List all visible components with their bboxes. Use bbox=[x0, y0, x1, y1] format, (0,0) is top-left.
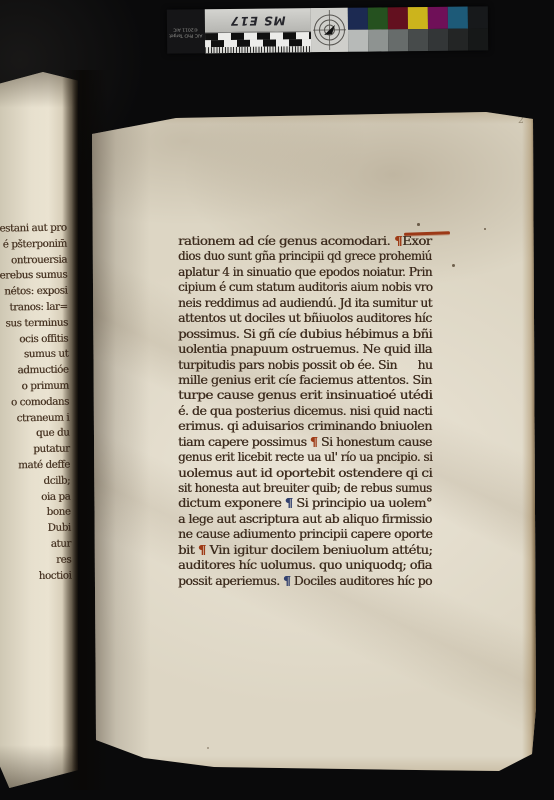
manuscript-photo-stage: AIC PhD Target ©2011 AIC MS E17 bbox=[0, 0, 554, 800]
calibration-target: AIC PhD Target ©2011 AIC MS E17 bbox=[167, 6, 488, 53]
manuscript-line: rationem ad cíe genus acomodari. ¶Exor bbox=[178, 230, 432, 245]
maker-line-1: AIC PhD Target bbox=[169, 31, 202, 37]
shelfmark-label: MS E17 bbox=[205, 8, 311, 33]
manuscript-line: tiam capere possimus ¶ Si honestum cause bbox=[178, 431, 432, 446]
color-patch bbox=[388, 7, 408, 29]
manuscript-line: possit aperiemus. ¶ Dociles auditores hí… bbox=[178, 570, 432, 585]
ink-spot bbox=[417, 223, 420, 226]
color-patch bbox=[448, 7, 468, 29]
color-patch bbox=[388, 29, 408, 51]
manuscript-line: bit ¶ Vin igitur docilem beniuolum attét… bbox=[178, 539, 432, 554]
paraph-mark: ¶ bbox=[310, 434, 317, 449]
color-patch bbox=[468, 28, 488, 50]
color-patch bbox=[348, 30, 368, 52]
color-patch bbox=[428, 29, 448, 51]
ink-spot bbox=[207, 747, 209, 749]
color-patch bbox=[368, 7, 388, 29]
color-patch bbox=[408, 7, 428, 29]
ruler bbox=[205, 32, 311, 53]
color-patch bbox=[448, 29, 468, 51]
color-patch bbox=[408, 29, 428, 51]
ruler-mm-ticks bbox=[205, 46, 311, 53]
paraph-mark: ¶ bbox=[390, 233, 402, 248]
focus-target-icon bbox=[311, 8, 348, 52]
text-block: rationem ad cíe genus acomodari. ¶Exordi… bbox=[178, 230, 432, 585]
ink-spot bbox=[452, 264, 455, 267]
calibration-ruler-block: MS E17 bbox=[205, 8, 311, 53]
color-patch bbox=[428, 7, 448, 29]
paraph-mark: ¶ bbox=[198, 542, 206, 557]
color-patch bbox=[348, 8, 368, 30]
maker-line-2: ©2011 AIC bbox=[169, 26, 202, 32]
manuscript-line: dictum exponere ¶ Si principio ua uolem° bbox=[178, 492, 432, 507]
ink-spot bbox=[484, 228, 486, 230]
calibration-maker-block: AIC PhD Target ©2011 AIC bbox=[167, 9, 205, 53]
color-patch bbox=[368, 29, 388, 51]
manuscript-recto-page: 2 rationem ad cíe genus acomodari. ¶Exor… bbox=[86, 108, 538, 776]
folio-number: 2 bbox=[518, 116, 524, 126]
color-patch bbox=[468, 6, 488, 28]
calibration-maker-text: AIC PhD Target ©2011 AIC bbox=[169, 26, 202, 37]
shelfmark-text: MS E17 bbox=[230, 13, 286, 28]
color-patches bbox=[348, 6, 488, 51]
